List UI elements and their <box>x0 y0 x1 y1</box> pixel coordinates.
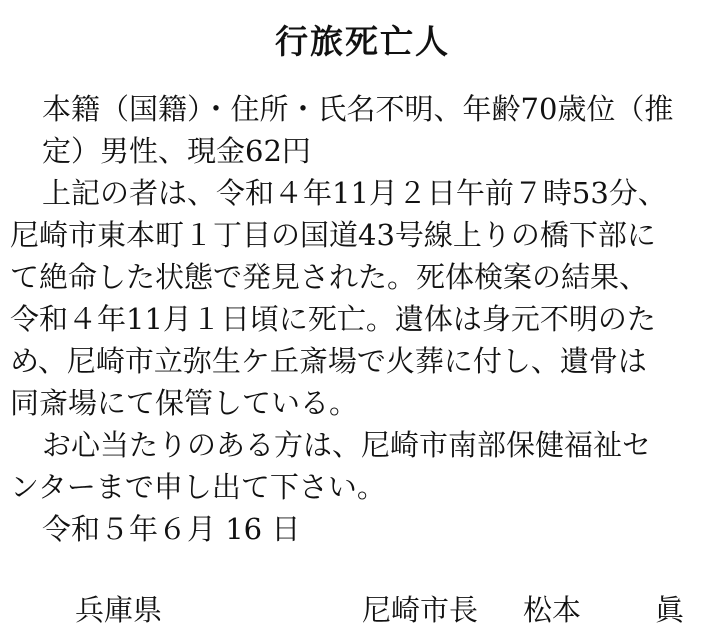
paragraph-1-line-1: 本籍（国籍）・住所・氏名不明、年齢70歳位（推 <box>10 88 718 130</box>
paragraph-2-line-4: 令和４年11月１日頃に死亡。遺体は身元不明のた <box>10 298 718 340</box>
paragraph-2-line-1: 上記の者は、令和４年11月２日午前７時53分、 <box>10 172 718 214</box>
notice-title: 行旅死亡人 <box>0 22 725 62</box>
paragraph-2-line-3: て絶命した状態で発見された。死体検案の結果、 <box>10 256 718 298</box>
signature-office: 尼崎市長 <box>362 590 478 630</box>
signature-surname: 松本 <box>523 590 581 630</box>
paragraph-2-line-6: 同斎場にて保管している。 <box>10 382 718 424</box>
paragraph-2-line-2: 尼崎市東本町１丁目の国道43号線上りの橋下部に <box>10 214 718 256</box>
signature-given-name: 眞 <box>655 590 684 630</box>
paragraph-3-line-2: ンターまで申し出て下さい。 <box>10 466 718 508</box>
paragraph-1-line-2: 定）男性、現金62円 <box>10 130 718 172</box>
signature-line: 兵庫県 尼崎市長 松本 眞 <box>0 590 725 630</box>
public-notice: 行旅死亡人 本籍（国籍）・住所・氏名不明、年齢70歳位（推 定）男性、現金62円… <box>0 0 725 630</box>
signature-prefecture: 兵庫県 <box>75 590 162 630</box>
notice-date: 令和５年６月 16 日 <box>10 508 718 550</box>
paragraph-3-line-1: お心当たりのある方は、尼崎市南部保健福祉セ <box>10 424 718 466</box>
paragraph-2-line-5: め、尼崎市立弥生ケ丘斎場で火葬に付し、遺骨は <box>10 340 718 382</box>
notice-body: 本籍（国籍）・住所・氏名不明、年齢70歳位（推 定）男性、現金62円 上記の者は… <box>10 88 718 550</box>
